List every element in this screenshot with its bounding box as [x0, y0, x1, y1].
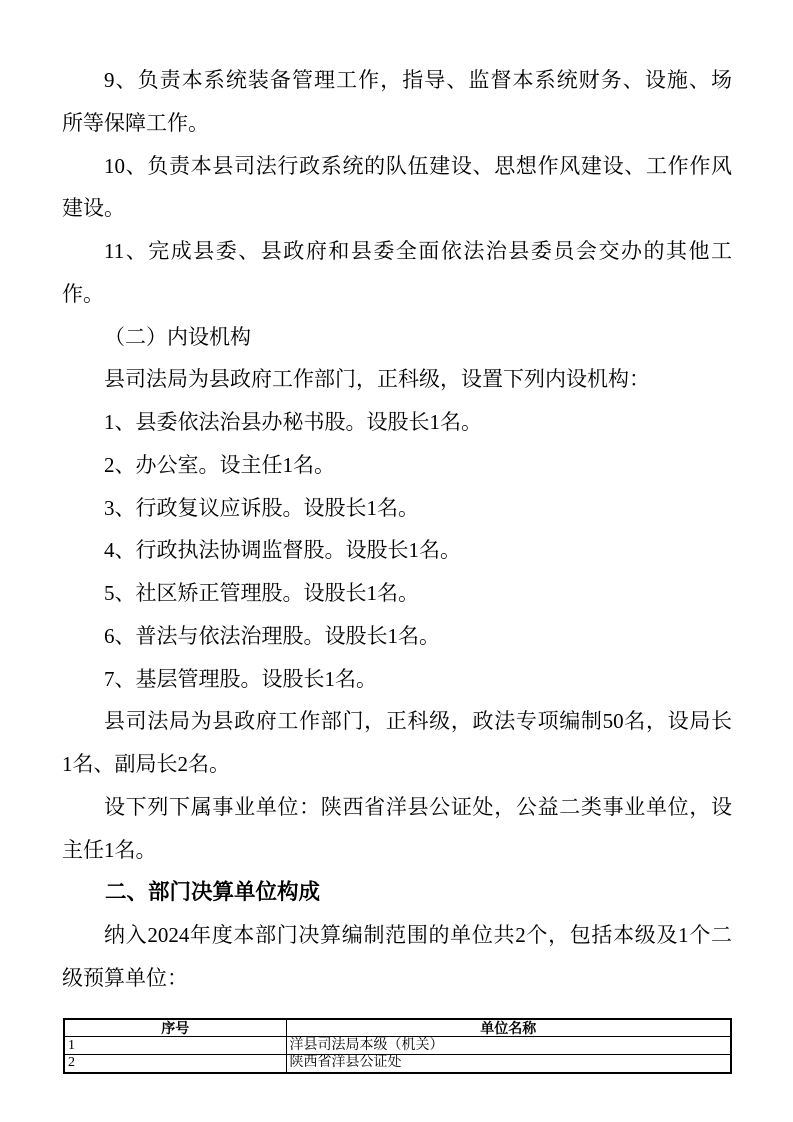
- paragraph-line: 6、普法与依法治理股。设股长1名。: [62, 615, 732, 658]
- units-table: 序号 单位名称 1 洋县司法局本级（机关） 2 陕西省洋县公证处: [63, 1018, 732, 1074]
- units-table-header-unit-name: 单位名称: [286, 1019, 731, 1037]
- paragraph-line: 10、负责本县司法行政系统的队伍建设、思想作风建设、工作作风: [62, 145, 732, 188]
- paragraph-budget-scope: 纳入2024年度本部门决算编制范围的单位共2个，包括本级及1个二 级预算单位：: [62, 914, 732, 1000]
- paragraph-line: 所等保障工作。: [62, 102, 732, 145]
- paragraph-line: 9、负责本系统装备管理工作，指导、监督本系统财务、设施、场: [62, 59, 732, 102]
- paragraph-org-1: 1、县委依法治县办秘书股。设股长1名。: [62, 401, 732, 444]
- units-table-row: 1 洋县司法局本级（机关）: [64, 1037, 731, 1055]
- units-table-row: 2 陕西省洋县公证处: [64, 1055, 731, 1073]
- paragraph-line: 级预算单位：: [62, 957, 732, 1000]
- paragraph-line: 4、行政执法协调监督股。设股长1名。: [62, 529, 732, 572]
- paragraph-duty-10: 10、负责本县司法行政系统的队伍建设、思想作风建设、工作作风 建设。: [62, 145, 732, 231]
- document-page: 9、负责本系统装备管理工作，指导、监督本系统财务、设施、场 所等保障工作。 10…: [0, 0, 793, 1122]
- paragraph-duty-9: 9、负责本系统装备管理工作，指导、监督本系统财务、设施、场 所等保障工作。: [62, 59, 732, 145]
- units-table-header-serial: 序号: [64, 1019, 286, 1037]
- paragraph-line: 5、社区矫正管理股。设股长1名。: [62, 572, 732, 615]
- paragraph-line: 纳入2024年度本部门决算编制范围的单位共2个，包括本级及1个二: [62, 914, 732, 957]
- paragraph-org-2: 2、办公室。设主任1名。: [62, 444, 732, 487]
- paragraph-org-4: 4、行政执法协调监督股。设股长1名。: [62, 529, 732, 572]
- paragraph-line: 1名、副局长2名。: [62, 743, 732, 786]
- paragraph-staffing: 县司法局为县政府工作部门，正科级，政法专项编制50名，设局长 1名、副局长2名。: [62, 700, 732, 786]
- paragraph-orgs-intro: 县司法局为县政府工作部门，正科级，设置下列内设机构：: [62, 358, 732, 401]
- paragraph-line: 7、基层管理股。设股长1名。: [62, 658, 732, 701]
- paragraph-line: 建设。: [62, 187, 732, 230]
- units-table-cell-unit-name: 洋县司法局本级（机关）: [286, 1037, 731, 1055]
- paragraph-duty-11: 11、完成县委、县政府和县委全面依法治县委员会交办的其他工 作。: [62, 230, 732, 316]
- paragraph-line: 主任1名。: [62, 829, 732, 872]
- section-heading-text: 二、部门决算单位构成: [62, 871, 732, 914]
- paragraph-subsection-internal-orgs: （二）内设机构: [62, 316, 732, 359]
- paragraph-org-7: 7、基层管理股。设股长1名。: [62, 658, 732, 701]
- section-heading-unit-composition: 二、部门决算单位构成: [62, 871, 732, 914]
- units-table-header-row: 序号 单位名称: [64, 1019, 731, 1037]
- paragraph-line: （二）内设机构: [62, 316, 732, 359]
- paragraph-line: 1、县委依法治县办秘书股。设股长1名。: [62, 401, 732, 444]
- paragraph-org-3: 3、行政复议应诉股。设股长1名。: [62, 487, 732, 530]
- paragraph-subordinate-unit: 设下列下属事业单位：陕西省洋县公证处，公益二类事业单位，设 主任1名。: [62, 786, 732, 872]
- paragraph-line: 2、办公室。设主任1名。: [62, 444, 732, 487]
- paragraph-line: 县司法局为县政府工作部门，正科级，设置下列内设机构：: [62, 358, 732, 401]
- paragraph-line: 设下列下属事业单位：陕西省洋县公证处，公益二类事业单位，设: [62, 786, 732, 829]
- paragraph-line: 作。: [62, 273, 732, 316]
- paragraph-line: 3、行政复议应诉股。设股长1名。: [62, 487, 732, 530]
- units-table-cell-serial: 2: [64, 1055, 286, 1073]
- paragraph-org-5: 5、社区矫正管理股。设股长1名。: [62, 572, 732, 615]
- paragraph-org-6: 6、普法与依法治理股。设股长1名。: [62, 615, 732, 658]
- units-table-cell-unit-name: 陕西省洋县公证处: [286, 1055, 731, 1073]
- units-table-cell-serial: 1: [64, 1037, 286, 1055]
- document-body-text: 9、负责本系统装备管理工作，指导、监督本系统财务、设施、场 所等保障工作。 10…: [62, 59, 732, 1000]
- paragraph-line: 11、完成县委、县政府和县委全面依法治县委员会交办的其他工: [62, 230, 732, 273]
- paragraph-line: 县司法局为县政府工作部门，正科级，政法专项编制50名，设局长: [62, 700, 732, 743]
